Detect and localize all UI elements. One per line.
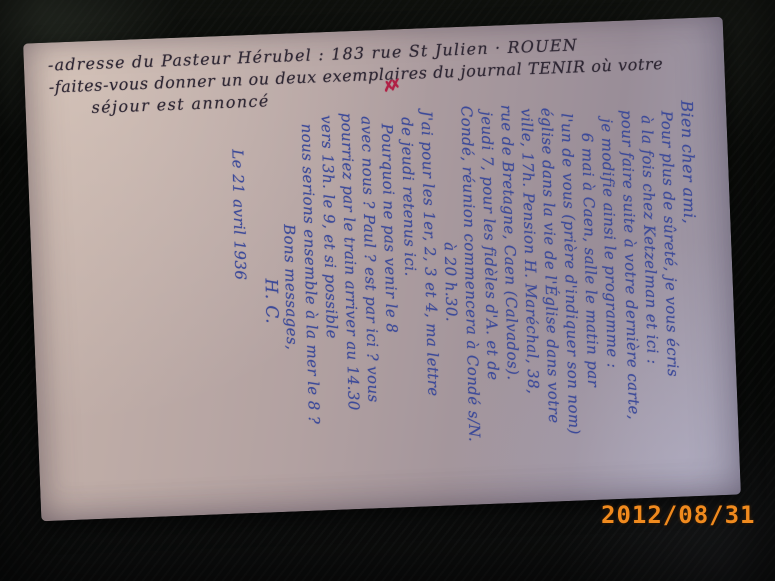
message-line: Le 21 avril 1936 <box>226 97 256 487</box>
camera-date-stamp: 2012/08/31 <box>601 501 756 529</box>
handwritten-message: Bien cher ami,Pour plus de sûreté, je vo… <box>230 86 705 487</box>
postcard: -adresse du Pasteur Hérubel : 183 rue St… <box>23 17 741 522</box>
photo-background: -adresse du Pasteur Hérubel : 183 rue St… <box>0 0 775 581</box>
